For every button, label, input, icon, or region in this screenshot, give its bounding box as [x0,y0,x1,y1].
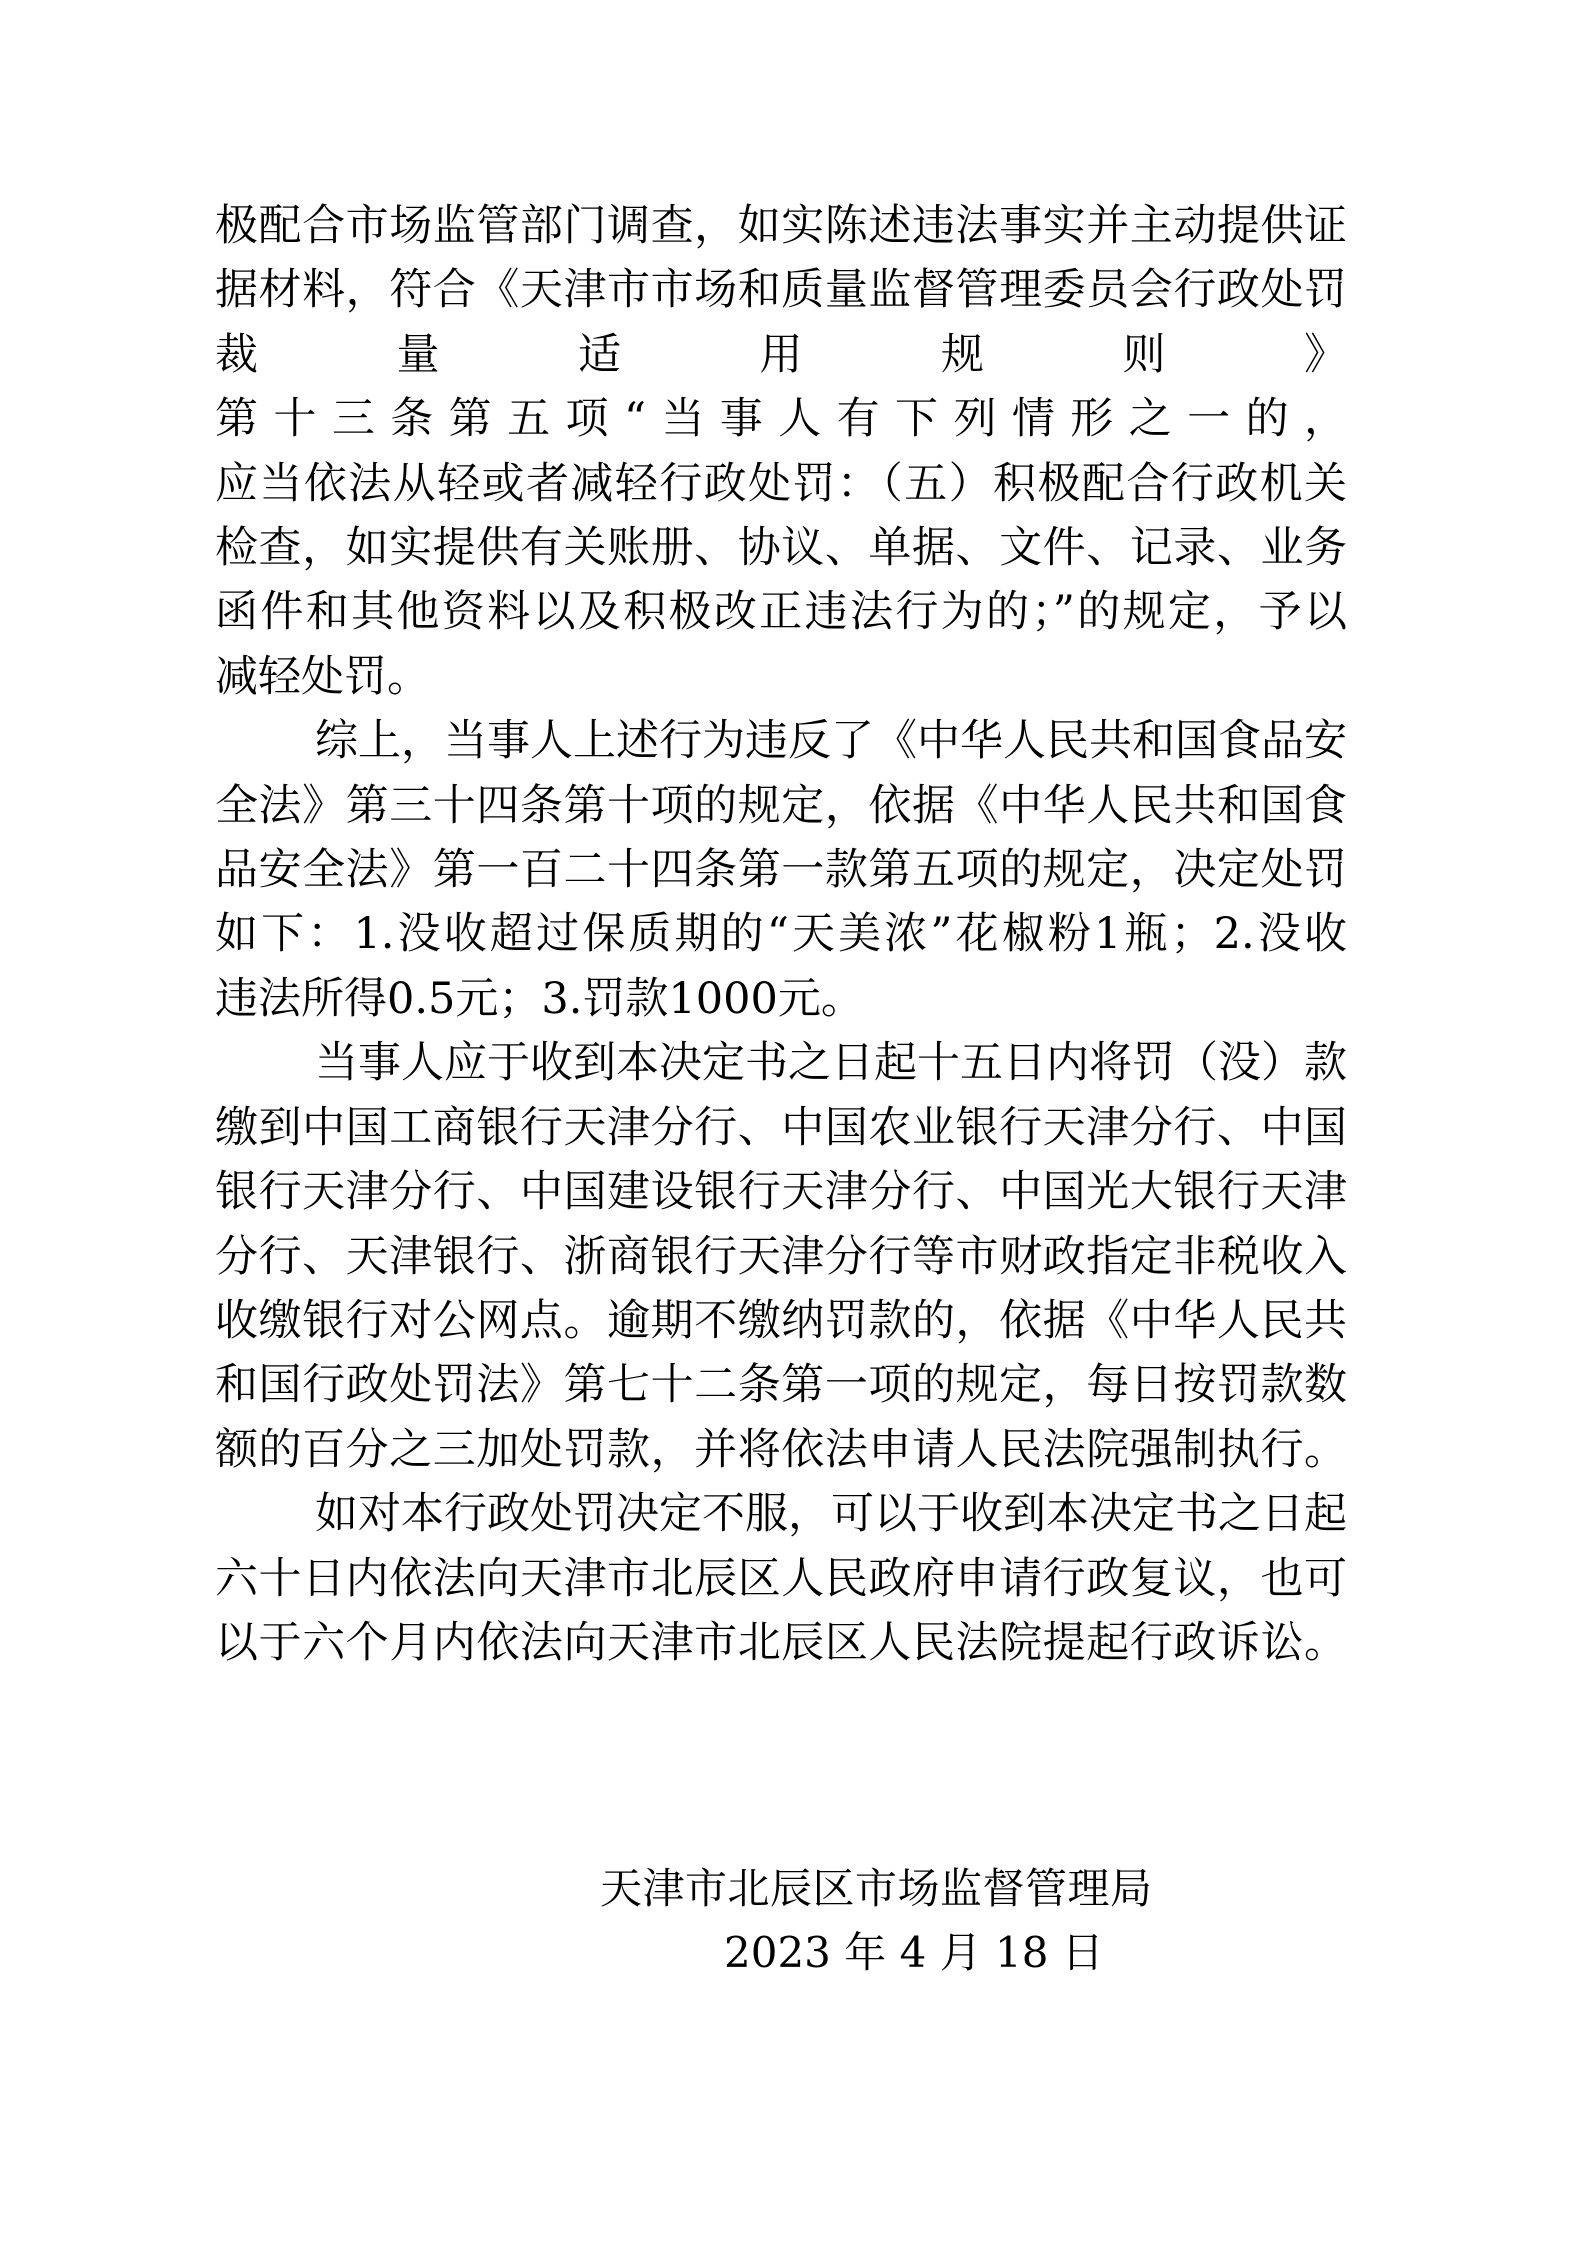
body-line: 品安全法》第一百二十四条第一款第五项的规定，决定处罚 [215,838,1347,902]
body-line: 应当依法从轻或者减轻行政处罚：（五）积极配合行政机关 [215,452,1347,516]
document-body: 极配合市场监管部门调查，如实陈述违法事实并主动提供证 据材料，符合《天津市市场和… [215,194,1347,1675]
body-line: 和国行政处罚法》第七十二条第一项的规定，每日按罚款数 [215,1353,1347,1417]
body-line: 据材料，符合《天津市市场和质量监督管理委员会行政处罚 [215,258,1347,322]
issue-date: 2023 年 4 月 18 日 [724,1930,1104,1976]
body-line: 检查，如实提供有关账册、协议、单据、文件、记录、业务 [215,516,1347,580]
body-line: 综上，当事人上述行为违反了《中华人民共和国食品安 [215,709,1347,773]
body-line: 六十日内依法向天津市北辰区人民政府申请行政复议，也可 [215,1547,1347,1611]
body-line: 裁量适用规则》第十三条第五项“当事人有下列情形之一的， [215,323,1347,452]
body-line: 以于六个月内依法向天津市北辰区人民法院提起行政诉讼。 [215,1611,1347,1675]
body-line: 额的百分之三加处罚款，并将依法申请人民法院强制执行。 [215,1418,1347,1482]
body-line: 函件和其他资料以及积极改正违法行为的；”的规定，予以 [215,580,1347,644]
body-line: 当事人应于收到本决定书之日起十五日内将罚（没）款 [215,1031,1347,1095]
body-line: 收缴银行对公网点。逾期不缴纳罚款的，依据《中华人民共 [215,1289,1347,1353]
body-line: 减轻处罚。 [215,645,1347,709]
body-line: 分行、天津银行、浙商银行天津分行等市财政指定非税收入 [215,1225,1347,1289]
body-line: 如对本行政处罚决定不服，可以于收到本决定书之日起 [215,1482,1347,1546]
body-line: 缴到中国工商银行天津分行、中国农业银行天津分行、中国 [215,1096,1347,1160]
issuing-authority: 天津市北辰区市场监督管理局 [600,1866,1153,1912]
document-page: 极配合市场监管部门调查，如实陈述违法事实并主动提供证 据材料，符合《天津市市场和… [0,0,1587,2245]
body-line: 银行天津分行、中国建设银行天津分行、中国光大银行天津 [215,1160,1347,1224]
body-line: 违法所得0.5元；3.罚款1000元。 [215,967,1347,1031]
body-line: 如下：1.没收超过保质期的“天美浓”花椒粉1瓶；2.没收 [215,902,1347,966]
body-line: 全法》第三十四条第十项的规定，依据《中华人民共和国食 [215,774,1347,838]
body-line: 极配合市场监管部门调查，如实陈述违法事实并主动提供证 [215,194,1347,258]
